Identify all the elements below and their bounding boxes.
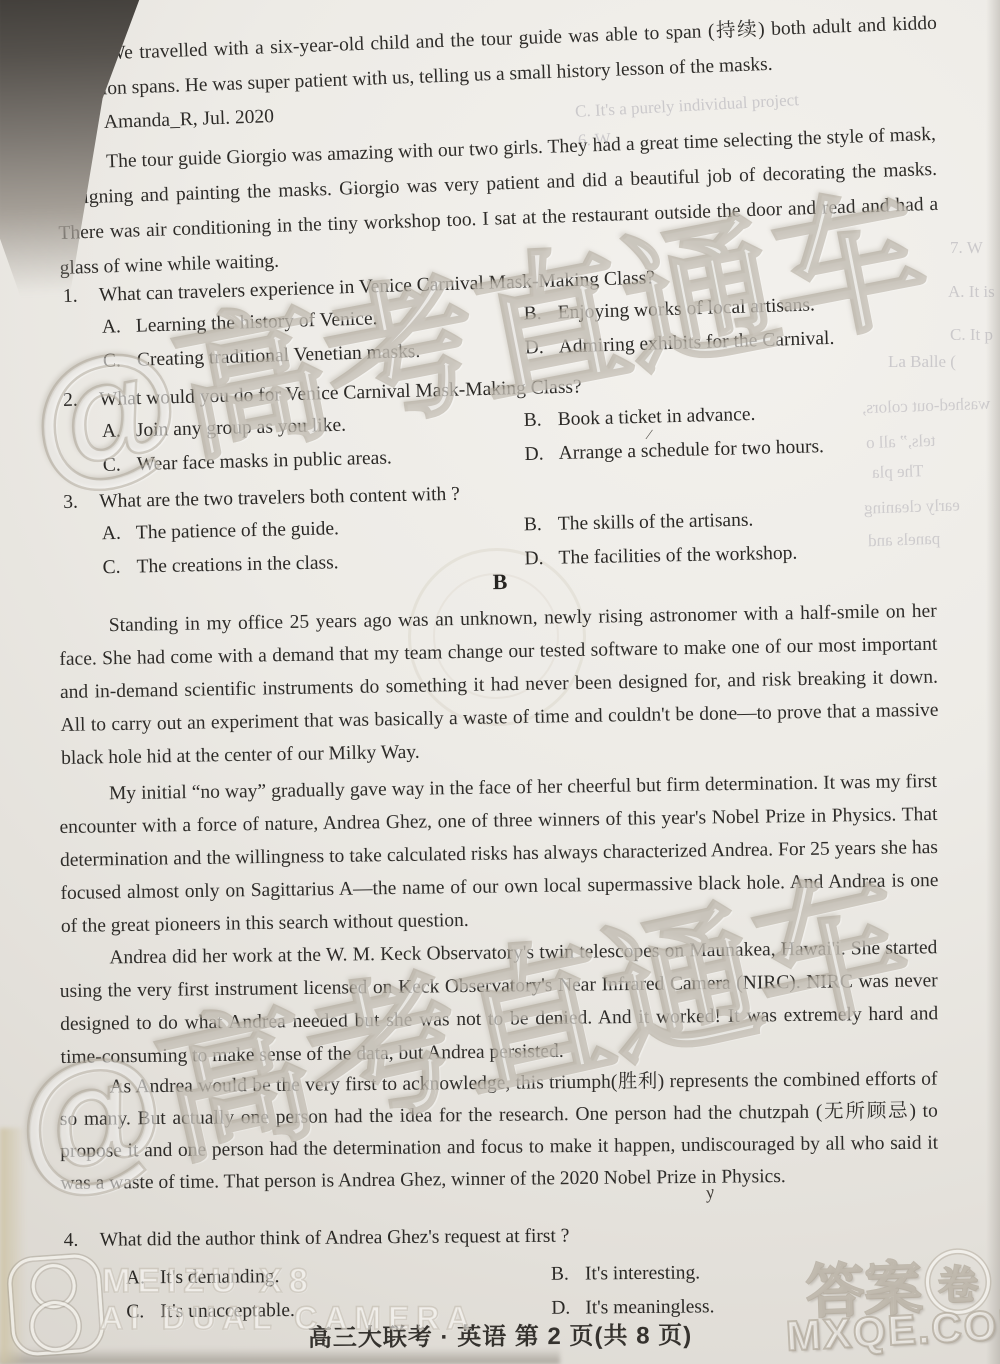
question-2: 2.What would you do for Venice Carnival … [63,363,955,484]
review-signature: Amanda_R, Jul. 2020 [104,106,275,134]
page-footer: 高三大联考 · 英语 第 2 页(共 8 页) [0,1313,1000,1355]
option-text: Join any group as you like. [136,415,347,441]
passage-a-closing: We travelled with a six-year-old child a… [57,6,939,108]
question-stem: What did the author think of Andrea Ghez… [100,1226,570,1251]
option-label: C. [102,344,137,379]
option-label: A. [102,516,137,551]
bleedthrough-text: A. It is [948,282,995,302]
question-number: 4. [64,1226,100,1256]
option-label: B. [523,403,558,438]
option-label: A. [101,414,136,449]
option-label: D. [524,330,559,365]
question-4: 4.What did the author think of Andrea Gh… [64,1218,955,1330]
option-text: It's demanding. [160,1266,280,1288]
option-text: Wear face masks in public areas. [137,447,393,475]
passage-b-paragraph-1: Standing in my office 25 years ago was a… [59,595,940,775]
option-label: D. [524,437,559,472]
option-label: B. [523,296,558,331]
option-text: It's interesting. [585,1262,700,1284]
paragraph: My initial “no way” gradually gave way i… [59,765,939,943]
exam-paper-photo: C. It's a purely individual project 6. W… [0,0,1000,1364]
option-label: C. [102,448,137,483]
option-label: A. [101,310,136,345]
option-label: B. [524,508,559,543]
question-text: 4.What did the author think of Andrea Gh… [64,1218,954,1256]
option-a: A.It's demanding. [126,1258,551,1296]
pen-tick-mark: ∕ [648,428,650,444]
option-text: Admiring exhibits for the Carnival. [558,328,834,358]
option-label: B. [551,1257,585,1291]
bleedthrough-text: 7. W [950,238,983,258]
bleedthrough-text: C. It's a purely individual project [575,90,800,122]
question-number: 1. [62,281,99,312]
paragraph: Andrea did her work at the W. M. Keck Ob… [59,931,939,1074]
option-text: Enjoying works of local artisans. [557,294,815,323]
option-text: The patience of the guide. [136,518,339,543]
option-text: Creating traditional Venetian masks. [137,341,421,371]
option-label: A. [126,1261,160,1295]
paragraph: As Andrea would be the very first to ack… [59,1064,938,1200]
option-b: B.It's interesting. [551,1254,954,1292]
option-text: Arrange a schedule for two hours. [558,436,824,464]
bleedthrough-text: C. It p [950,325,993,345]
paragraph: Standing in my office 25 years ago was a… [59,595,940,775]
page-right-edge-shadow [986,0,1000,1364]
passage-b-paragraph-3: Andrea did her work at the W. M. Keck Ob… [59,931,939,1074]
option-text: The skills of the artisans. [558,510,754,535]
passage-b-paragraph-2: My initial “no way” gradually gave way i… [59,765,939,943]
question-number: 3. [63,487,100,518]
option-text: Learning the history of Venice. [136,308,378,337]
option-text: Book a ticket in advance. [557,404,755,430]
question-stem: What are the two travelers both content … [99,484,460,513]
paragraph: We travelled with a six-year-old child a… [57,6,939,108]
passage-b-paragraph-4: As Andrea would be the very first to ack… [59,1064,938,1200]
question-number: 2. [63,385,100,416]
